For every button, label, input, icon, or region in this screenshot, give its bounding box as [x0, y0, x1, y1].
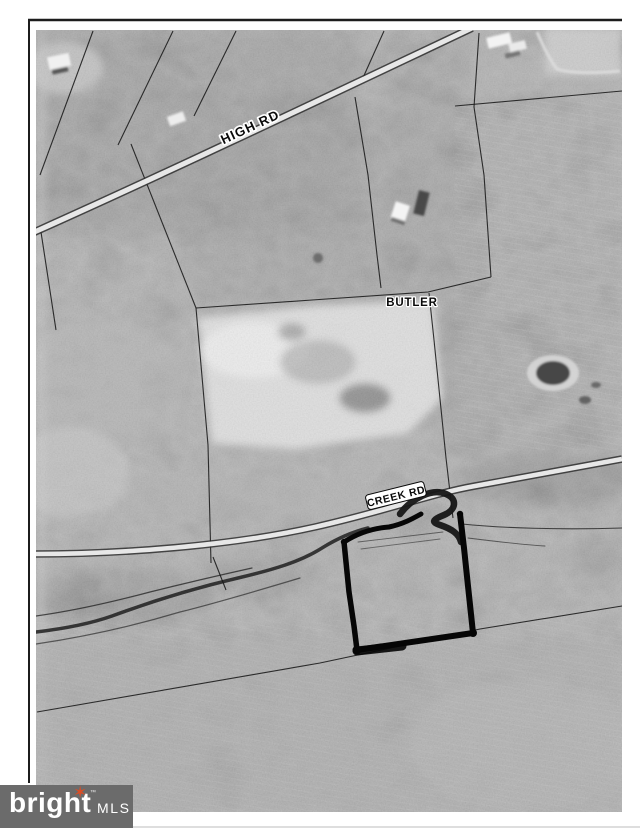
- terrain-texture: [14, 28, 640, 812]
- brightmls-logo: bright ✶ ™ MLS: [0, 785, 133, 828]
- logo-mls-text: MLS: [97, 801, 131, 815]
- logo-star-icon: ✶: [73, 784, 87, 801]
- aerial-plat-page: HIGH RD CREEK RD BUTLER bright ✶ ™ MLS: [0, 0, 640, 828]
- aerial-map: HIGH RD CREEK RD BUTLER: [0, 0, 640, 828]
- butler-label: BUTLER: [386, 297, 437, 309]
- logo-trademark: ™: [90, 790, 96, 796]
